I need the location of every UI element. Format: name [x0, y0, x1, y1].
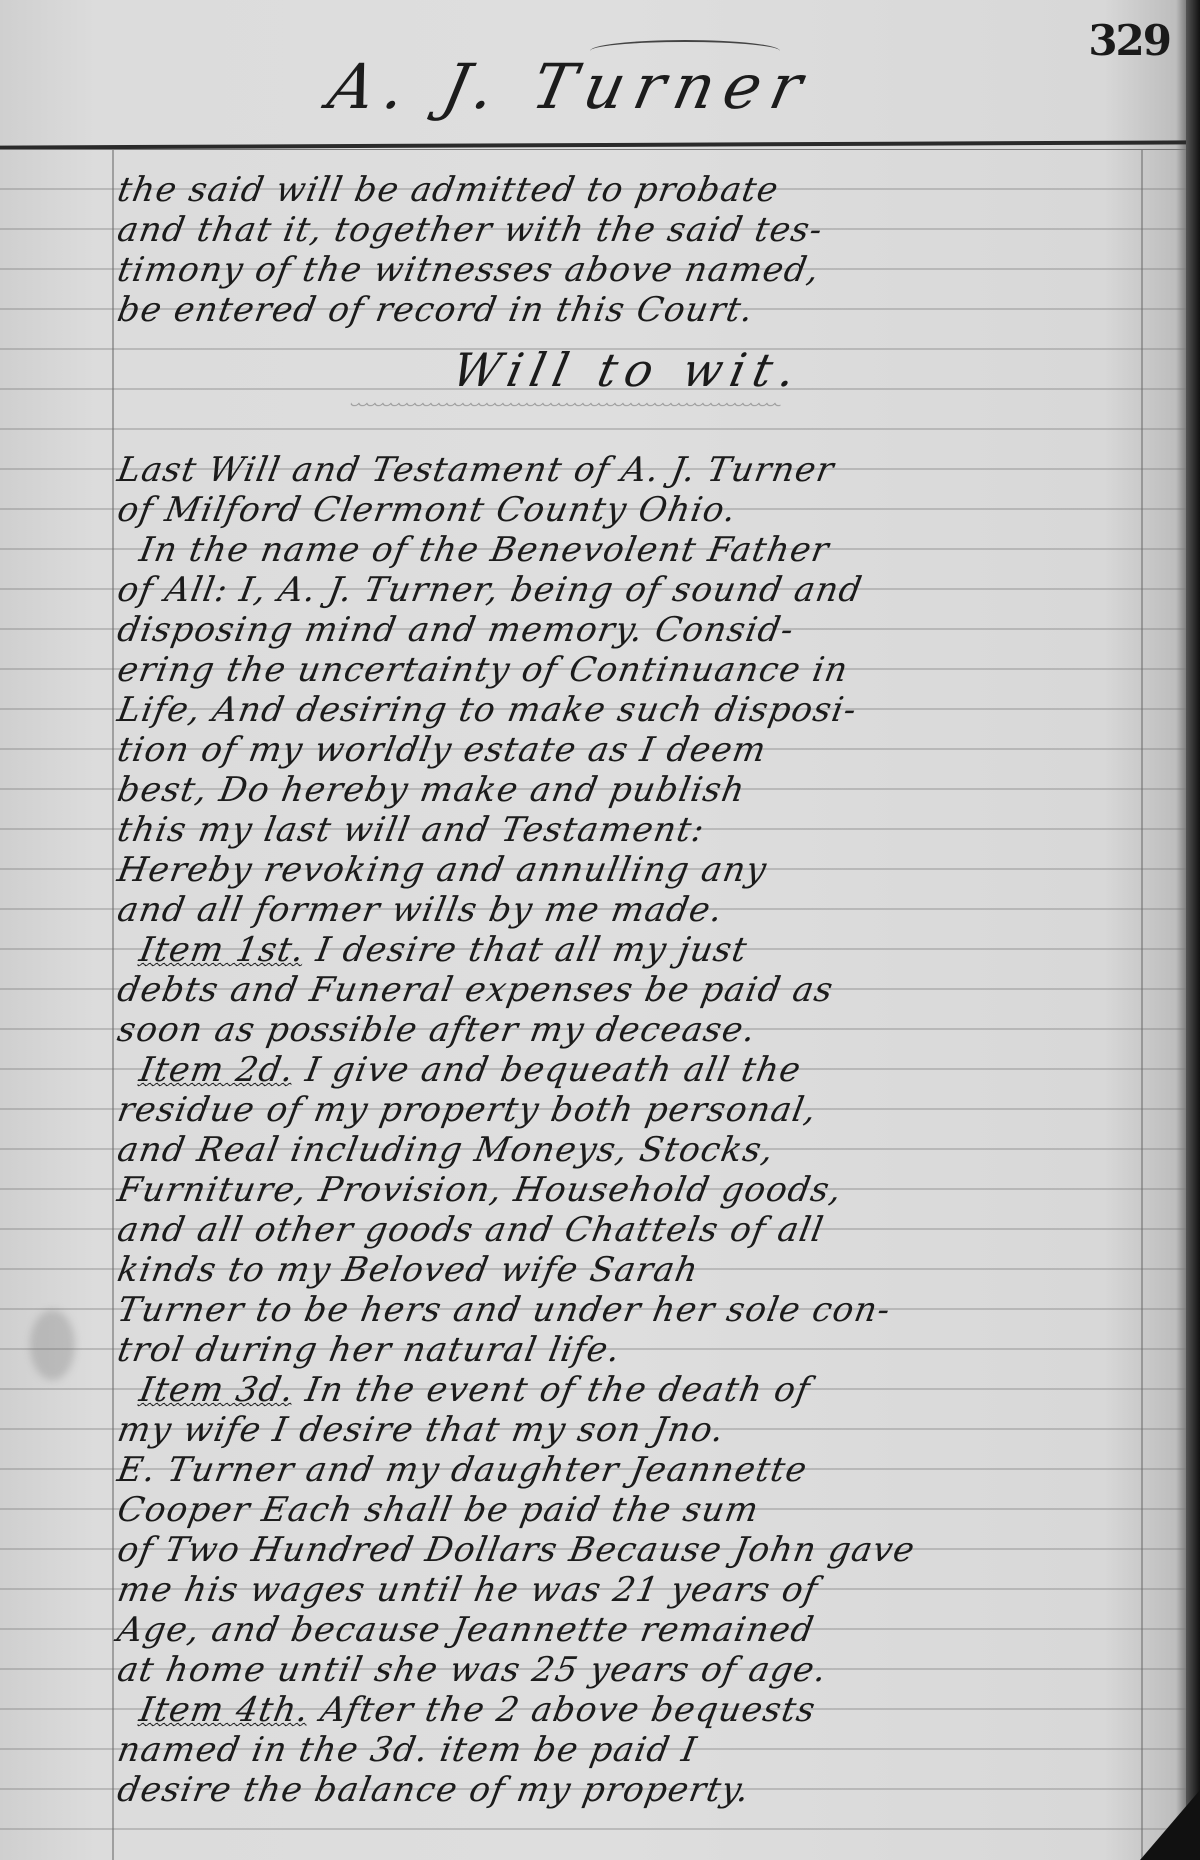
item-4-line: desire the balance of my property.	[114, 1770, 1141, 1810]
record-line: the said will be admitted to probate	[114, 170, 1141, 210]
page-corner-shadow	[1140, 1790, 1200, 1860]
handwritten-body: the said will be admitted to probate and…	[118, 170, 1138, 1810]
header-rule-thin	[0, 149, 1188, 150]
item-3-first-line: Item 3d. In the event of the death of	[114, 1370, 1141, 1410]
preamble-line: Life, And desiring to make such disposi-	[114, 690, 1141, 730]
ink-smudge	[30, 1310, 75, 1380]
preamble-line: tion of my worldly estate as I deem	[114, 730, 1141, 770]
item-3-line: Cooper Each shall be paid the sum	[114, 1490, 1141, 1530]
item-4-first-line: Item 4th. After the 2 above bequests	[114, 1690, 1141, 1730]
preamble-line: of All: I, A. J. Turner, being of sound …	[114, 570, 1141, 610]
right-margin-line	[1141, 150, 1143, 1860]
item-4-line: named in the 3d. item be paid I	[114, 1730, 1141, 1770]
ledger-page: 329 A. J. Turner the said will be admitt…	[0, 0, 1200, 1860]
item-2-line: and Real including Moneys, Stocks,	[114, 1130, 1141, 1170]
will-to-wit-text: Will to wit.	[448, 343, 809, 397]
item-1-line: debts and Funeral expenses be paid as	[114, 970, 1141, 1010]
page-heading: A. J. Turner	[322, 50, 818, 123]
item-1-line: soon as possible after my decease.	[114, 1010, 1141, 1050]
record-line: and that it, together with the said tes-	[114, 210, 1141, 250]
item-1-text: I desire that all my just	[313, 930, 751, 970]
will-to-wit-title: Will to wit.	[109, 330, 1146, 410]
item-2-label: Item 2d.	[136, 1050, 297, 1090]
record-line: timony of the witnesses above named,	[114, 250, 1141, 290]
item-3-line: my wife I desire that my son Jno.	[114, 1410, 1141, 1450]
item-2-text: I give and bequeath all the	[303, 1050, 805, 1090]
item-3-line: of Two Hundred Dollars Because John gave	[114, 1530, 1141, 1570]
item-2-line: and all other goods and Chattels of all	[114, 1210, 1141, 1250]
preamble-line: and all former wills by me made.	[114, 890, 1141, 930]
item-2-first-line: Item 2d. I give and bequeath all the	[114, 1050, 1141, 1090]
item-3-line: Age, and because Jeannette remained	[114, 1610, 1141, 1650]
wavy-underline	[349, 402, 781, 410]
item-1-label: Item 1st.	[136, 930, 308, 970]
preamble-line: best, Do hereby make and publish	[114, 770, 1141, 810]
item-2-line: kinds to my Beloved wife Sarah	[114, 1250, 1141, 1290]
page-number: 329	[1088, 16, 1170, 65]
item-2-line: Turner to be hers and under her sole con…	[114, 1290, 1141, 1330]
record-line: be entered of record in this Court.	[114, 290, 1141, 330]
page-edge-shadow	[1186, 0, 1200, 1860]
item-2-line: Furniture, Provision, Household goods,	[114, 1170, 1141, 1210]
item-1-first-line: Item 1st. I desire that all my just	[114, 930, 1141, 970]
item-3-line: at home until she was 25 years of age.	[114, 1650, 1141, 1690]
item-2-line: trol during her natural life.	[114, 1330, 1141, 1370]
spacer	[118, 410, 1138, 450]
preamble-line: this my last will and Testament:	[114, 810, 1141, 850]
preamble-line: disposing mind and memory. Consid-	[114, 610, 1141, 650]
preamble-line: In the name of the Benevolent Father	[114, 530, 1141, 570]
item-2-line: residue of my property both personal,	[114, 1090, 1141, 1130]
item-3-label: Item 3d.	[136, 1370, 297, 1410]
item-4-text: After the 2 above bequests	[318, 1690, 819, 1730]
preamble-line: ering the uncertainty of Continuance in	[114, 650, 1141, 690]
will-title-line: of Milford Clermont County Ohio.	[114, 490, 1141, 530]
preamble-line: Hereby revoking and annulling any	[114, 850, 1141, 890]
item-3-line: me his wages until he was 21 years of	[114, 1570, 1141, 1610]
will-title-line: Last Will and Testament of A. J. Turner	[114, 450, 1141, 490]
item-3-line: E. Turner and my daughter Jeannette	[114, 1450, 1141, 1490]
item-3-text: In the event of the death of	[303, 1370, 814, 1410]
item-4-label: Item 4th.	[136, 1690, 312, 1730]
